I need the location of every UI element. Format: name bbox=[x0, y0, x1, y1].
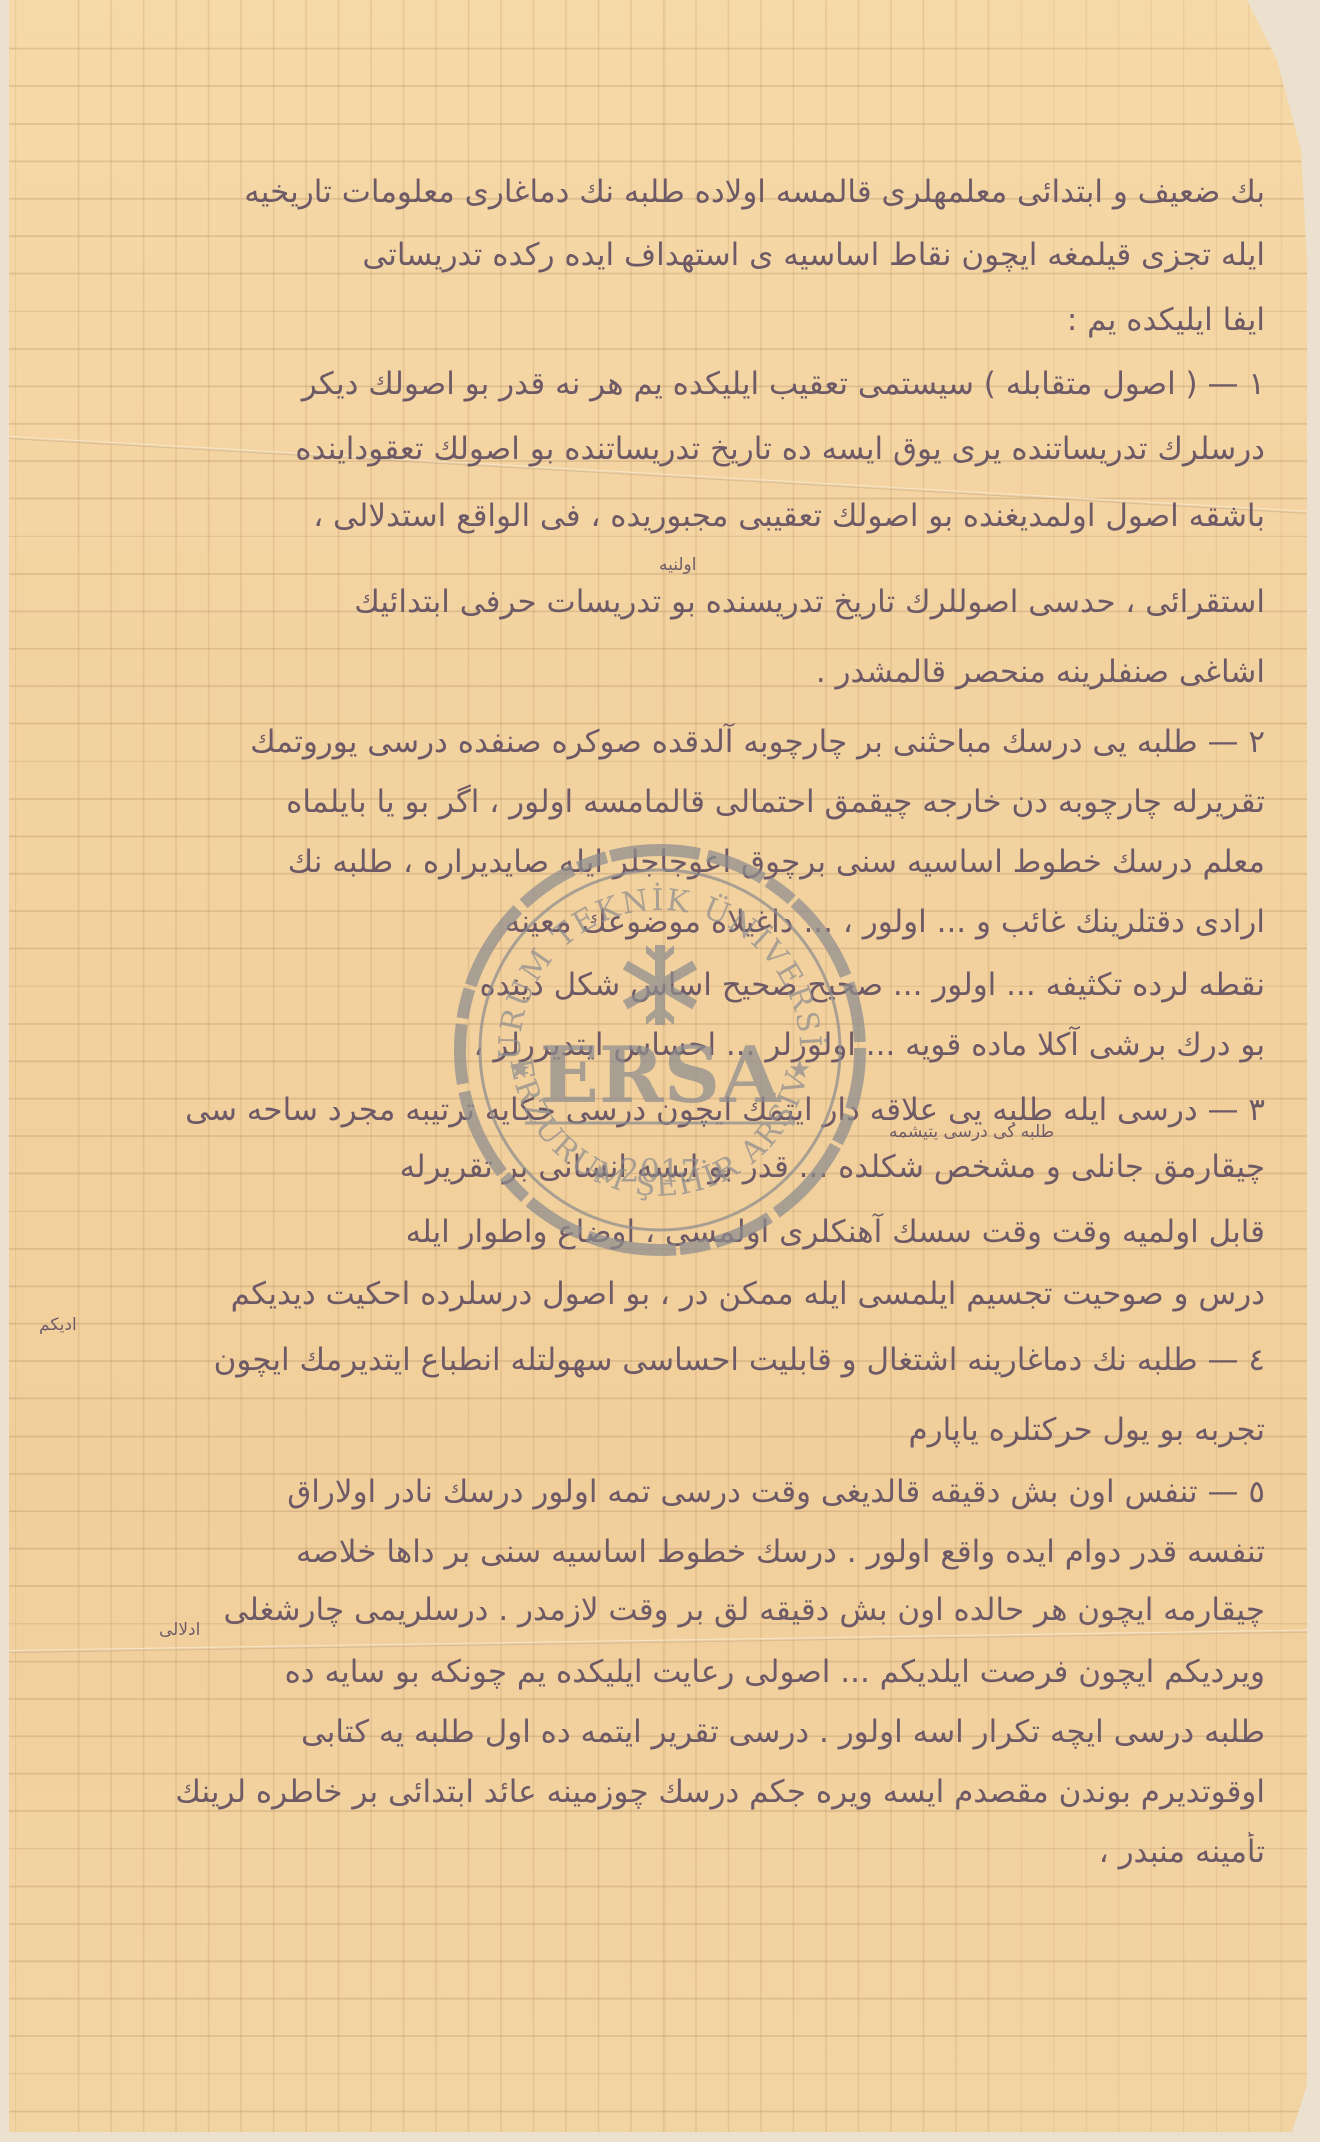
handwritten-line: ٥ — تنفس اون بش دقيقه قالديغى وقت درسى ت… bbox=[49, 1472, 1265, 1512]
handwritten-line: قابل اولميه وقت وقت سسك آهنكلرى اولمسى ،… bbox=[49, 1212, 1265, 1252]
interlinear-note: ادلالى bbox=[159, 1620, 200, 1640]
handwritten-line: نقطه لرده تكثيفه ... اولور ... صحيح صحيح… bbox=[49, 965, 1265, 1005]
handwritten-line: تأمينه منبدر ، bbox=[305, 1832, 1265, 1872]
interlinear-note: اولنيه bbox=[659, 555, 697, 575]
handwritten-line: استقرائى ، حدسى اصوللرك تاريخ تدريسنده ب… bbox=[49, 582, 1265, 622]
handwritten-line: ٤ — طلبه نك دماغارينه اشتغال و قابليت اح… bbox=[49, 1340, 1265, 1380]
handwritten-line: چيقارمق جانلى و مشخص شكلده ... قدر بو اي… bbox=[49, 1147, 1265, 1187]
handwritten-line: تقريرله چارچوبه دن خارجه چيقمق احتمالى ق… bbox=[49, 782, 1265, 822]
interlinear-note: اديكم bbox=[39, 1315, 77, 1335]
interlinear-note: طلبه كى درسى يتيشمه bbox=[889, 1122, 1054, 1142]
document-page: بك ضعيف و ابتدائى معلمهلرى قالمسه اولاده… bbox=[9, 0, 1307, 2132]
handwritten-line: اشاغى صنفلرينه منحصر قالمشدر . bbox=[725, 652, 1265, 692]
handwritten-line: باشقه اصول اولمديغنده بو اصولك تعقيبى مج… bbox=[49, 496, 1265, 536]
handwritten-line: طلبه درسى ايچه تكرار اسه اولور . درسى تق… bbox=[49, 1712, 1265, 1752]
handwritten-line: ايله تجزى قيلمغه ايچون نقاط اساسيه ى است… bbox=[49, 235, 1265, 275]
handwritten-line: چيقارمه ايچون هر حالده اون بش دقيقه لق ب… bbox=[49, 1590, 1265, 1630]
handwritten-line: معلم درسك خطوط اساسيه سنى برچوق اعوجاجلر… bbox=[49, 842, 1265, 882]
handwritten-line: درسلرك تدريساتنده يرى يوق ايسه ده تاريخ … bbox=[49, 429, 1265, 469]
handwritten-line: ١ — ( اصول متقابله ) سيستمى تعقيب ايليكد… bbox=[49, 364, 1265, 404]
handwritten-line: بو درك برشى آكلا ماده قويه ... اولورلر .… bbox=[49, 1025, 1265, 1065]
handwritten-line: ويرديكم ايچون فرصت ايلديكم ... اصولى رعا… bbox=[49, 1652, 1265, 1692]
handwritten-line: ٢ — طلبه يى درسك مباحثنى بر چارچوبه آلدق… bbox=[49, 722, 1265, 762]
handwritten-line: ٣ — درسى ايله طلبه يى علاقه دار ايتمك اي… bbox=[49, 1090, 1265, 1130]
handwritten-line: بك ضعيف و ابتدائى معلمهلرى قالمسه اولاده… bbox=[49, 172, 1265, 212]
handwritten-line: ايفا ايليكده يم : bbox=[495, 300, 1265, 340]
handwritten-line: تجربه بو يول حركتلره ياپارم bbox=[545, 1410, 1265, 1450]
handwritten-line: درس و صوحيت تجسيم ايلمسى ايله ممكن در ، … bbox=[49, 1274, 1265, 1314]
handwritten-line: ارادى دقتلرينك غائب و ... اولور ، ... دا… bbox=[49, 902, 1265, 942]
handwritten-line: اوقوتديرم بوندن مقصدم ايسه ويره جكم درسك… bbox=[49, 1772, 1265, 1812]
handwritten-line: تنفسه قدر دوام ايده واقع اولور . درسك خط… bbox=[49, 1532, 1265, 1572]
